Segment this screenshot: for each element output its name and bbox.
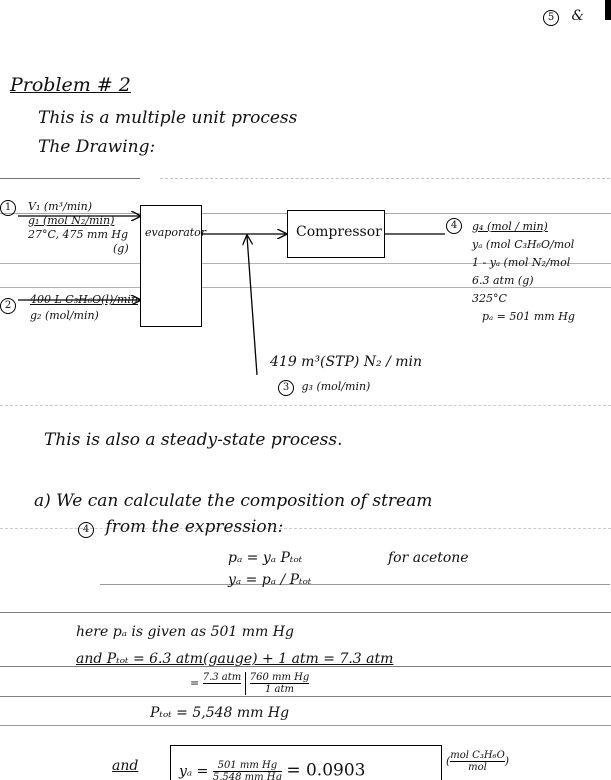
ptot-line: and Pₜₒₜ = 6.3 atm(gauge) + 1 atm = 7.3 … [76, 651, 393, 667]
ya-result-box: yₐ = 501 mm Hg5,548 mm Hg = 0.0903 [170, 745, 442, 780]
ya-units: (mol C₃H₆Omol) [446, 750, 509, 773]
unit-conversion: = 7.3 atm 760 mm Hg1 atm [190, 672, 309, 695]
part-a-line-1: a) We can calculate the composition of s… [34, 491, 432, 511]
stream-2-labels: 400 L C₃H₆O(l)/min g₂ (mol/min) [30, 292, 138, 324]
equation-2: yₐ = pₐ / Pₜₒₜ [228, 572, 311, 588]
equation-1-note: for acetone [388, 550, 469, 566]
ptot-result: Pₜₒₜ = 5,548 mm Hg [150, 705, 289, 721]
and-label: and [112, 758, 138, 774]
pa-given: here pₐ is given as 501 mm Hg [76, 624, 294, 640]
equation-1: pₐ = yₐ Pₜₒₜ [228, 550, 302, 566]
stream-2: 2 [0, 298, 16, 314]
steady-state-note: This is also a steady-state process. [44, 430, 343, 450]
stream-1-labels: V₁ (m³/min) g₁ (mol N₂/min) 27°C, 475 mm… [28, 200, 129, 256]
stream-3-flow: 419 m³(STP) N₂ / min [270, 354, 422, 370]
part-a-line-2: 4 from the expression: [78, 517, 283, 538]
evaporator-unit: evaporator [140, 205, 202, 327]
compressor-unit: Compressor [287, 210, 385, 258]
stream-1: 1 [0, 200, 16, 216]
stream-3-labels: 3 g₃ (mol/min) [278, 380, 370, 396]
stream-4: 4 [446, 218, 462, 234]
stream-4-labels: g₄ (mol / min) yₐ (mol C₃H₆O/mol 1 - yₐ … [472, 218, 575, 326]
